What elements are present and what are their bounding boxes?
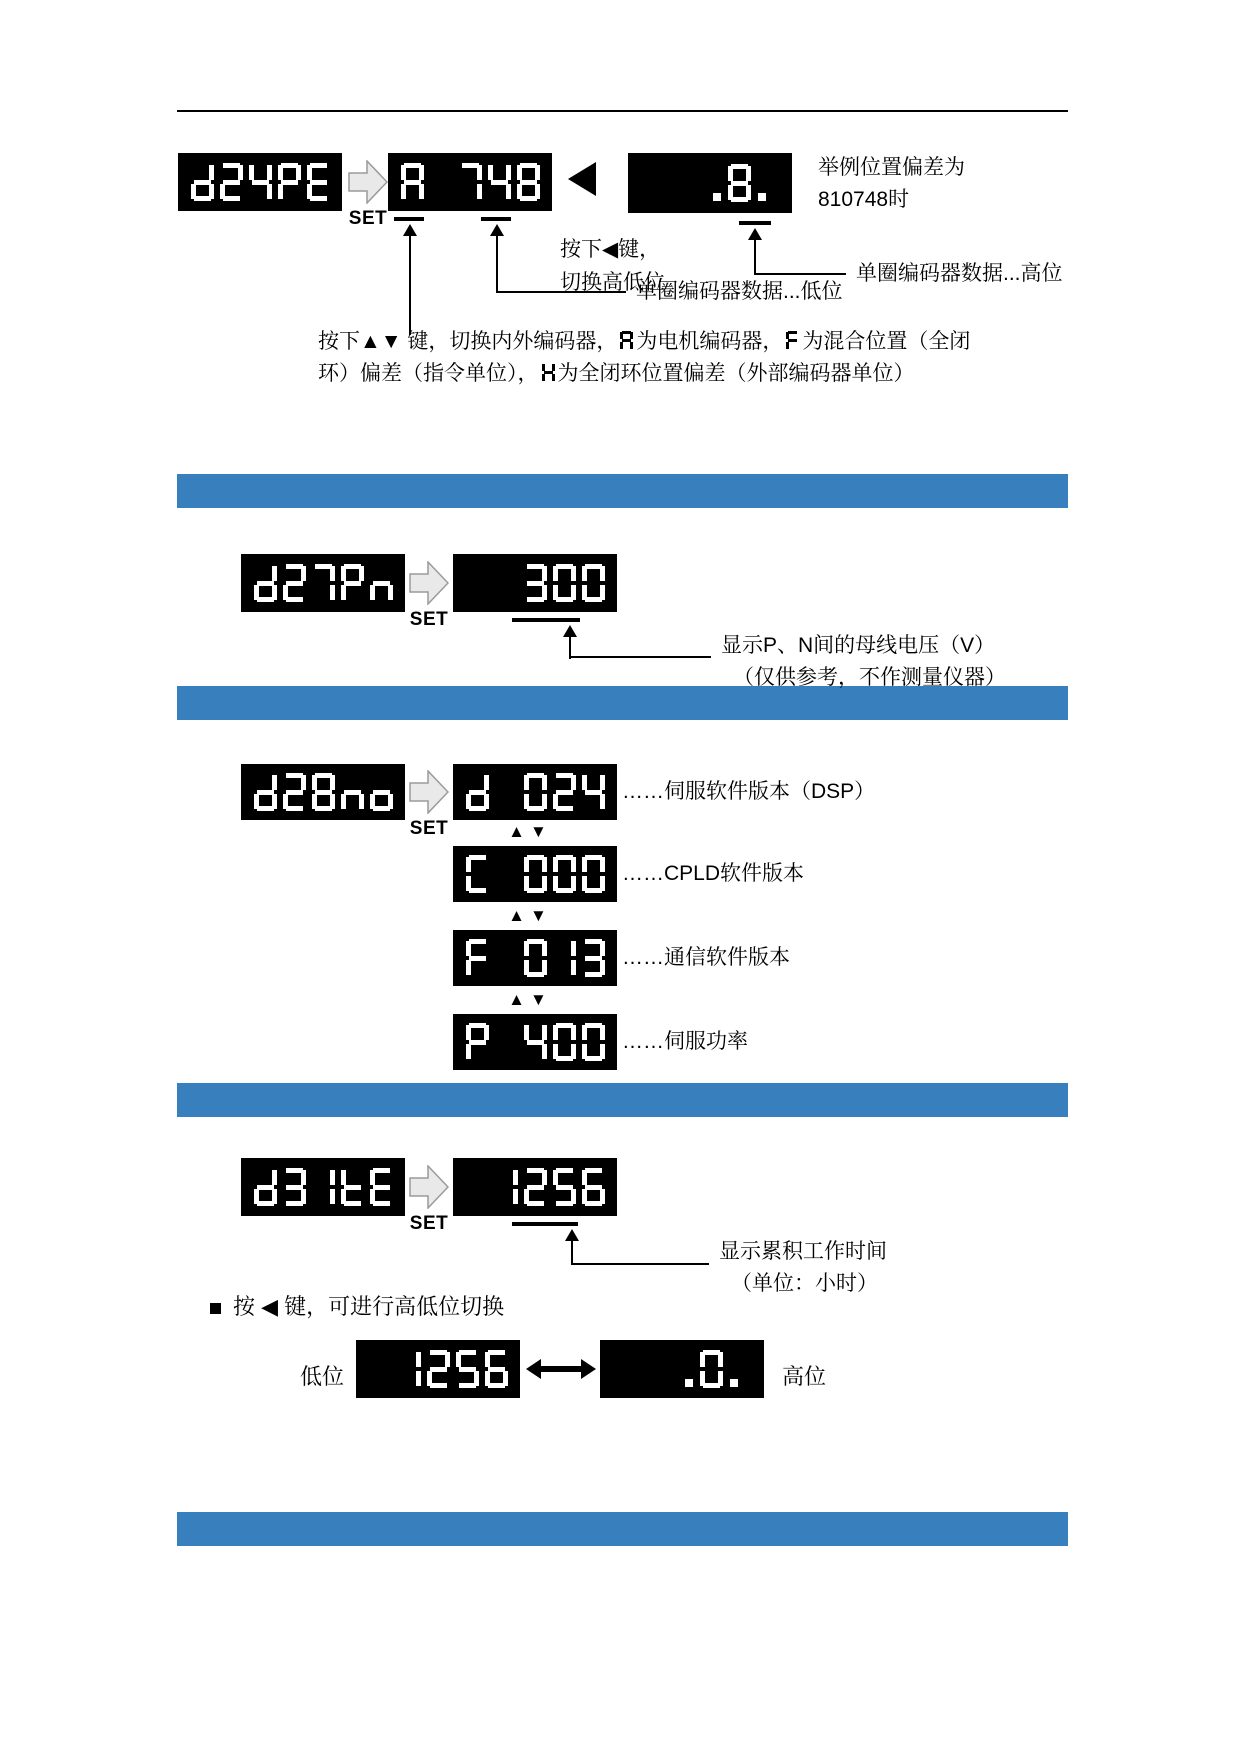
- connector-line: [754, 239, 756, 275]
- connector-line: [571, 1263, 709, 1265]
- press-left-note-line1: 按下◀键，: [560, 238, 660, 262]
- connector-line: [569, 656, 711, 658]
- led-char: [495, 564, 518, 602]
- high-bits-label: 高位: [782, 1364, 826, 1389]
- set-key-label: SET: [346, 208, 390, 230]
- bullet-square: [210, 1303, 221, 1314]
- led-char: [553, 564, 576, 602]
- led-char: [341, 1168, 364, 1206]
- led-char: [278, 163, 301, 201]
- led-char: [254, 773, 277, 811]
- section-separator-bar: [177, 1083, 1068, 1117]
- led-char: [524, 1023, 547, 1061]
- led-char: [466, 1168, 489, 1206]
- led-char: [307, 163, 330, 201]
- example-note-line2: 810748时: [818, 188, 909, 212]
- led-display-high-8: [628, 153, 792, 213]
- worktime-note-line1: 显示累积工作时间: [719, 1240, 887, 1264]
- cpld-version-desc: ……CPLD软件版本: [622, 862, 804, 886]
- led-char: [283, 773, 306, 811]
- led-char: [466, 773, 489, 811]
- led-char: [370, 1168, 393, 1206]
- led-char: [485, 1350, 508, 1388]
- led-char: [654, 164, 677, 202]
- led-char: [466, 939, 489, 977]
- connector-line: [571, 1241, 573, 1265]
- led-char: [456, 1350, 479, 1388]
- underline-char-a: [394, 217, 424, 221]
- underline-high-digit: [739, 221, 771, 225]
- updown-keys-paragraph-line2: 环）偏差（指令单位），为全闭环位置偏差（外部编码器单位）: [318, 362, 915, 386]
- led-display-a748: [388, 153, 552, 211]
- led-char: [370, 564, 393, 602]
- led-char: [254, 1168, 277, 1206]
- led-char: [700, 1350, 723, 1388]
- led-char: [398, 1350, 421, 1388]
- led-char: [341, 773, 364, 811]
- underline-char-4: [481, 217, 511, 221]
- led-char: [683, 164, 706, 202]
- led-char: [524, 773, 547, 811]
- up-arrowhead: [565, 1229, 579, 1241]
- led-display-comm-version: [453, 930, 617, 986]
- led-char: [524, 939, 547, 977]
- press-left-note-line2: 切换高低位: [560, 271, 665, 295]
- led-display-dsp-version: [453, 764, 617, 820]
- up-down-keys-icon: ▲▼: [500, 990, 560, 1010]
- manual-page: SET 举例位置偏差为 810748时 单圈编码器数据...低位 单圈编码器数据…: [0, 0, 1240, 1754]
- led-char: [626, 1350, 649, 1388]
- led-char: [582, 1023, 605, 1061]
- connector-line: [409, 235, 411, 335]
- led-char: [283, 564, 306, 602]
- led-char: [191, 163, 214, 201]
- led-char: [524, 1168, 547, 1206]
- led-char: [249, 163, 272, 201]
- led-char: [401, 163, 424, 201]
- double-arrow-icon: [526, 1356, 596, 1382]
- led-char: [582, 1168, 605, 1206]
- led-char: [757, 164, 767, 202]
- dsp-version-desc: ……伺服软件版本（DSP）: [622, 780, 875, 804]
- led-char: [254, 564, 277, 602]
- led-char: [466, 855, 489, 893]
- section-separator-bar: [177, 1512, 1068, 1546]
- led-char: [495, 1168, 518, 1206]
- led-display-d28no: [241, 764, 405, 820]
- bus-voltage-note-line2: （仅供参考，不作测量仪器）: [733, 666, 1006, 690]
- led-display-servo-power: [453, 1014, 617, 1070]
- led-char: [517, 163, 540, 201]
- led-display-cpld-version: [453, 846, 617, 902]
- led-char: [312, 564, 335, 602]
- bus-voltage-note-line1: 显示P、N间的母线电压（V）: [721, 634, 995, 658]
- led-char: [495, 773, 518, 811]
- led-char: [684, 1350, 694, 1388]
- led-char: [582, 855, 605, 893]
- toggle-bullet-text: 按 ◀ 键，可进行高低位切换: [233, 1294, 504, 1319]
- led-char: [524, 564, 547, 602]
- led-char: [553, 773, 576, 811]
- led-char: [369, 1350, 392, 1388]
- led-char: [466, 564, 489, 602]
- led-char: [553, 939, 576, 977]
- up-down-keys-icon: ▲▼: [500, 822, 560, 842]
- set-key-label: SET: [407, 818, 451, 840]
- connector-line: [754, 273, 846, 275]
- left-key-icon: [568, 162, 596, 196]
- underline-worktime: [512, 1222, 578, 1226]
- led-display-300: [453, 554, 617, 612]
- led-char: [459, 163, 482, 201]
- led-char: [466, 1023, 489, 1061]
- led-letter-F: [786, 331, 799, 350]
- led-char: [312, 773, 335, 811]
- led-char: [553, 1168, 576, 1206]
- worktime-note-line2: （单位：小时）: [731, 1272, 878, 1296]
- led-display-d27pn: [241, 554, 405, 612]
- led-char: [341, 564, 364, 602]
- low-bits-note: 单圈编码器数据...低位: [636, 280, 843, 304]
- led-display-1256: [453, 1158, 617, 1216]
- set-arrow-icon: [409, 770, 449, 814]
- led-char: [712, 164, 722, 202]
- led-char: [582, 939, 605, 977]
- header-rule: [177, 110, 1068, 112]
- led-char: [283, 1168, 306, 1206]
- set-arrow-icon: [409, 561, 449, 605]
- led-letter-A: [620, 331, 633, 350]
- led-display-low-1256: [356, 1340, 520, 1398]
- led-char: [495, 855, 518, 893]
- led-char: [655, 1350, 678, 1388]
- comm-version-desc: ……通信软件版本: [622, 946, 790, 970]
- led-char: [312, 1168, 335, 1206]
- led-char: [553, 1023, 576, 1061]
- up-down-keys-icon: ▲▼: [500, 906, 560, 926]
- set-key-label: SET: [407, 1213, 451, 1235]
- high-bits-note: 单圈编码器数据...高位: [856, 262, 1063, 286]
- led-letter-H: [542, 363, 555, 382]
- led-char: [729, 1350, 739, 1388]
- led-char: [495, 1023, 518, 1061]
- led-char: [582, 773, 605, 811]
- led-display-d31te: [241, 1158, 405, 1216]
- low-bits-label: 低位: [300, 1364, 344, 1389]
- led-char: [430, 163, 453, 201]
- led-char: [728, 164, 751, 202]
- led-char: [488, 163, 511, 201]
- updown-keys-paragraph-line1: 按下▲▼ 键，切换内外编码器，为电机编码器，为混合位置（全闭: [318, 330, 970, 354]
- set-arrow-icon: [409, 1165, 449, 1209]
- led-char: [370, 773, 393, 811]
- led-char: [553, 855, 576, 893]
- led-char: [427, 1350, 450, 1388]
- led-display-high-0: [600, 1340, 764, 1398]
- example-note-line1: 举例位置偏差为: [818, 156, 965, 180]
- led-char: [220, 163, 243, 201]
- section-separator-bar: [177, 686, 1068, 720]
- led-char: [495, 939, 518, 977]
- up-arrowhead: [563, 625, 577, 637]
- set-arrow-icon: [348, 160, 388, 204]
- led-char: [524, 855, 547, 893]
- underline-voltage: [512, 618, 580, 622]
- connector-line: [496, 235, 498, 293]
- set-key-label: SET: [407, 609, 451, 631]
- led-display-d24pe: [178, 153, 342, 211]
- led-char: [582, 564, 605, 602]
- servo-power-desc: ……伺服功率: [622, 1030, 748, 1054]
- section-separator-bar: [177, 474, 1068, 508]
